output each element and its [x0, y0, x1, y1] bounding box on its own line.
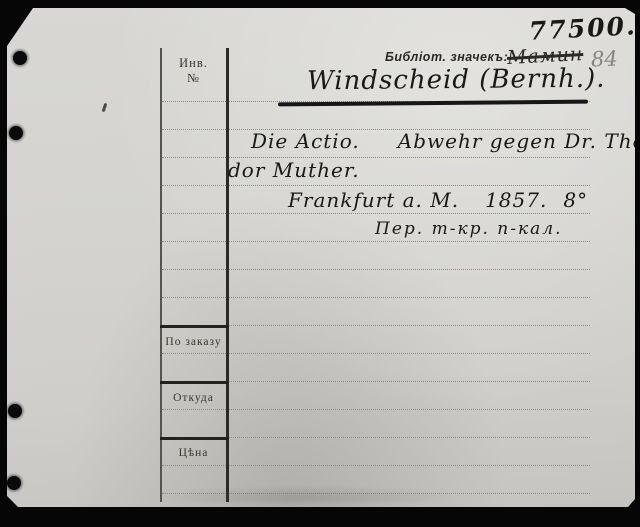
- ruling-line: [162, 185, 226, 186]
- imprint-place: Frankfurt a. M.: [288, 188, 459, 212]
- accession-number: 77500.: [528, 11, 637, 46]
- binding-note: Пер. т-кр. п-кал.: [375, 219, 563, 239]
- ruling-line: [162, 241, 226, 242]
- punch-hole: [7, 476, 21, 490]
- imprint-year: 1857.: [485, 188, 547, 212]
- ruling-line: [162, 409, 226, 410]
- ruling-line: [162, 157, 226, 158]
- imprint-line: Frankfurt a. M.1857.8°: [288, 188, 588, 212]
- inventory-label-line1: Инв.: [153, 56, 234, 71]
- ruling-line: [229, 269, 590, 270]
- ruling-line: [162, 213, 226, 214]
- ruling-line: [229, 241, 590, 242]
- punch-hole: [8, 404, 22, 418]
- inventory-label-line2: №: [153, 71, 234, 86]
- ruling-line: [162, 269, 226, 270]
- ruling-line: [229, 325, 590, 326]
- author-heading: Windscheid (Bernh.).: [307, 64, 606, 97]
- title-line-1: Die Actio.Abwehr gegen Dr. Theo-: [251, 129, 640, 153]
- column-right-line: [226, 48, 229, 502]
- field-label-order: По заказу: [153, 336, 234, 350]
- catalog-card-scan: Инв. № По заказу Откуда Цѣна 77500. Библ…: [0, 0, 640, 527]
- column-left-line: [160, 48, 162, 502]
- library-mark-label: Библіот. значекъ:: [385, 50, 508, 64]
- card-paper: Инв. № По заказу Откуда Цѣна 77500. Библ…: [7, 8, 635, 507]
- ruling-line: [229, 213, 590, 214]
- ruling-line: [229, 437, 590, 438]
- ruling-line: [162, 465, 226, 466]
- field-label-inventory: Инв. №: [153, 56, 234, 86]
- title-part1: Die Actio.: [251, 129, 360, 153]
- imprint-format: 8°: [563, 188, 588, 212]
- section-divider: [160, 437, 229, 440]
- title-line-2: dor Muther.: [228, 158, 360, 182]
- ink-speck: [102, 103, 108, 112]
- field-label-origin: Откуда: [153, 392, 234, 406]
- ruling-line: [229, 409, 590, 410]
- ruling-line: [162, 353, 226, 354]
- ruling-line: [162, 129, 226, 130]
- ruling-line: [229, 465, 590, 466]
- ruling-line: [229, 297, 590, 298]
- title-part2: Abwehr gegen Dr. Theo-: [398, 129, 640, 153]
- smudge: [157, 486, 457, 508]
- ruling-line: [229, 381, 590, 382]
- punch-hole: [13, 51, 27, 65]
- ruling-line: [229, 353, 590, 354]
- section-divider: [160, 381, 229, 384]
- ruling-line: [162, 297, 226, 298]
- section-divider: [160, 325, 229, 328]
- ruling-line: [229, 185, 590, 186]
- ruling-line: [162, 101, 226, 102]
- field-label-price: Цѣна: [153, 447, 234, 461]
- punch-hole: [9, 126, 23, 140]
